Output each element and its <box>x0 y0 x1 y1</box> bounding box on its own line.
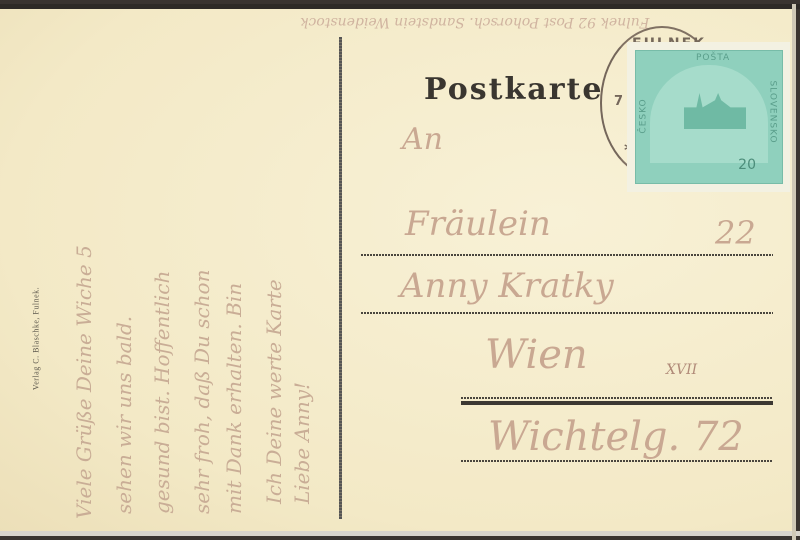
scan-top-edge <box>0 4 800 9</box>
address-line-4 <box>461 460 773 462</box>
message-line: gesund bist. Hoffentlich <box>150 271 174 514</box>
center-divider <box>339 37 342 519</box>
address-line-1 <box>361 254 773 256</box>
address-line-3 <box>461 401 773 405</box>
postage-stamp: POŠTA SLOVENSKO ČESKO 20 <box>627 42 790 192</box>
address-to: An <box>402 122 443 157</box>
address-street: Wichtelg. 72 <box>488 414 744 460</box>
stamp-frame: POŠTA SLOVENSKO ČESKO 20 <box>635 50 783 184</box>
stamp-label-cesko: ČESKO <box>639 98 649 133</box>
message-line: Ich Deine werte Karte <box>262 279 286 504</box>
castle-icon <box>684 93 746 129</box>
address-line-3-dotted <box>461 397 773 399</box>
card-title: Postkarte <box>424 72 603 107</box>
upside-down-note: Fulnek 92 Post Pohorsch. Sandstein Weide… <box>300 14 649 30</box>
publisher-imprint: Verlag C. Blaschke, Fulnek. <box>32 259 41 419</box>
address-recipient-name: Anny Kratky <box>400 266 614 306</box>
postcard: Fulnek 92 Post Pohorsch. Sandstein Weide… <box>0 4 796 536</box>
stamp-cathedral-art <box>650 65 768 163</box>
message-line: sehen wir uns bald. <box>112 316 136 514</box>
message-line: sehr froh, daß Du schon <box>190 270 214 514</box>
stamp-label-slovensko: SLOVENSKO <box>767 80 777 143</box>
message-line: Liebe Anny! <box>290 382 314 504</box>
address-district: XVII <box>666 362 697 378</box>
stamp-label-posta: POŠTA <box>696 53 730 63</box>
address-city: Wien <box>485 332 588 378</box>
address-margin-mark: 22 <box>715 214 756 252</box>
stamp-value: 20 <box>738 157 756 173</box>
scan-bottom-edge <box>0 531 800 536</box>
address-recipient-title: Fräulein <box>405 204 551 244</box>
scan-right-edge <box>792 4 796 540</box>
message-line: Viele Grüße Deine Wiche 5 <box>72 245 96 519</box>
message-line: mit Dank erhalten. Bin <box>222 283 246 514</box>
address-line-2 <box>361 312 773 314</box>
